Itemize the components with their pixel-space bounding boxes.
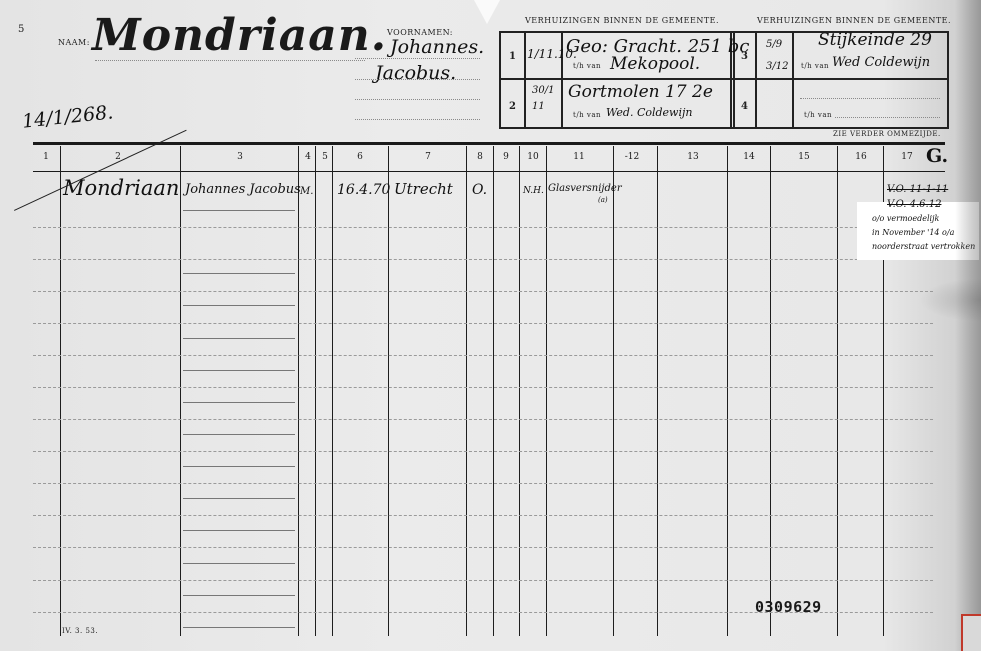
move-date-2: 30/1 11 (532, 83, 556, 115)
col-header-11: 11 (570, 152, 588, 162)
cell-occupation: Glasversnijder (548, 183, 622, 194)
row-rule (33, 451, 933, 452)
col-header-3: 3 (232, 152, 248, 162)
row-rule (33, 291, 933, 292)
row-rule (33, 387, 933, 388)
move-address-line-4 (800, 98, 940, 99)
col-header-12: -12 (620, 152, 644, 162)
move-th-label-2: t/h van (573, 111, 601, 119)
col-header-10: 10 (524, 152, 542, 162)
col-header-14: 14 (740, 152, 758, 162)
move-th-label-4: t/h van (804, 111, 832, 119)
registry-card: 5 NAAM: Mondriaan. VOORNAMEN: Johannes. … (0, 0, 981, 651)
corner-mark: 5 (18, 24, 25, 35)
move-date-3: 5/9 3/12 (766, 34, 786, 78)
column-divider (770, 146, 771, 636)
row-rule (33, 323, 933, 324)
col17-mark: G. (926, 145, 948, 167)
page-edge-shadow (955, 0, 981, 651)
column-divider (298, 146, 299, 636)
cell-civil-status: N.H. (523, 186, 544, 196)
move-no-1: 1 (509, 51, 516, 62)
moves-divider (730, 78, 947, 80)
col-header-16: 16 (852, 152, 870, 162)
given-subline (183, 273, 295, 274)
given-subline (183, 370, 295, 371)
column-divider (180, 146, 181, 636)
row-rule (33, 483, 933, 484)
col-header-7: 7 (420, 152, 436, 162)
column-divider (546, 146, 547, 636)
col-header-9: 9 (500, 152, 512, 162)
cell-birth-place: Utrecht (394, 180, 453, 198)
column-divider (466, 146, 467, 636)
move-no-3: 3 (741, 51, 748, 62)
surname-label: NAAM: (58, 38, 90, 47)
surname-underline (95, 60, 365, 61)
given-line-3 (355, 99, 480, 100)
row-rule (33, 580, 933, 581)
row-rule (33, 259, 933, 260)
column-divider (727, 146, 728, 636)
move-th-label-1: t/h van (573, 62, 601, 70)
column-divider (657, 146, 658, 636)
row-rule (33, 355, 933, 356)
given-subline (183, 402, 295, 403)
given-subline (183, 530, 295, 531)
move-th-label-3: t/h van (801, 62, 829, 70)
moves-header-right: VERHUIZINGEN BINNEN DE GEMEENTE. (757, 16, 951, 25)
col-header-6: 6 (352, 152, 368, 162)
table-header-rule (33, 171, 945, 172)
given-line-2 (355, 79, 480, 80)
given-subline (183, 627, 295, 628)
given-name-2: Jacobus. (375, 62, 456, 84)
column-divider (315, 146, 316, 636)
column-divider (493, 146, 494, 636)
col-header-13: 13 (684, 152, 702, 162)
surname-heading: Mondriaan. (92, 10, 387, 61)
card-notch (474, 0, 500, 24)
row-rule (33, 419, 933, 420)
remark-struck-1: V.O. 11-1-11 (887, 184, 948, 195)
serial-number: 0309629 (755, 598, 822, 616)
remark-note-1: o/o vermoedelijk (872, 214, 939, 223)
remark-note-2: in November '14 o/a (872, 228, 954, 237)
move-address-2: Gortmolen 17 2e (568, 82, 713, 102)
row-rule (33, 227, 933, 228)
col-header-5: 5 (319, 152, 331, 162)
col-header-17: 17 (898, 152, 916, 162)
column-divider (519, 146, 520, 636)
moves-divider (499, 78, 735, 80)
column-divider (388, 146, 389, 636)
given-subline (183, 498, 295, 499)
cell-sex: M. (300, 186, 313, 197)
row-rule (33, 547, 933, 548)
given-subline (183, 338, 295, 339)
row-rule (33, 515, 933, 516)
reference-number: 14/1/268. (21, 101, 114, 132)
given-subline (183, 466, 295, 467)
moves-header-left: VERHUIZINGEN BINNEN DE GEMEENTE. (525, 16, 719, 25)
thumbnail-corner (961, 614, 981, 651)
move-th-1: Mekopool. (610, 54, 700, 74)
move-th-line-4 (835, 117, 940, 118)
move-no-4: 4 (741, 101, 748, 112)
col-header-15: 15 (795, 152, 813, 162)
given-name-1: Johannes. (390, 36, 484, 58)
see-reverse-note: ZIE VERDER OMMEZIJDE. (833, 130, 941, 138)
column-divider (332, 146, 333, 636)
table-top-rule (33, 142, 945, 145)
move-th-3: Wed Coldewijn (832, 55, 930, 70)
cell-birth-date: 16.4.70 (337, 182, 390, 198)
cell-occupation-note: (a) (598, 196, 608, 204)
given-subline (183, 595, 295, 596)
given-subline (183, 563, 295, 564)
given-subline (183, 434, 295, 435)
form-code: IV. 3. 53. (62, 627, 98, 635)
col-header-8: 8 (474, 152, 486, 162)
col-header-4: 4 (302, 152, 314, 162)
cell-given-names: Johannes Jacobus (185, 182, 301, 197)
given-line-4 (355, 119, 480, 120)
cell-religion: O. (472, 182, 487, 198)
column-divider (837, 146, 838, 636)
given-subline (183, 210, 295, 211)
remark-struck-2: V.O. 4.6.12 (887, 199, 941, 210)
given-line-1 (355, 58, 480, 59)
given-subline (183, 305, 295, 306)
column-divider (60, 146, 61, 636)
move-th-2: Wed. Coldewijn (606, 106, 693, 119)
col-header-1: 1 (38, 152, 54, 162)
column-divider (613, 146, 614, 636)
move-address-3: Stijkeinde 29 (818, 30, 932, 50)
move-no-2: 2 (509, 101, 516, 112)
